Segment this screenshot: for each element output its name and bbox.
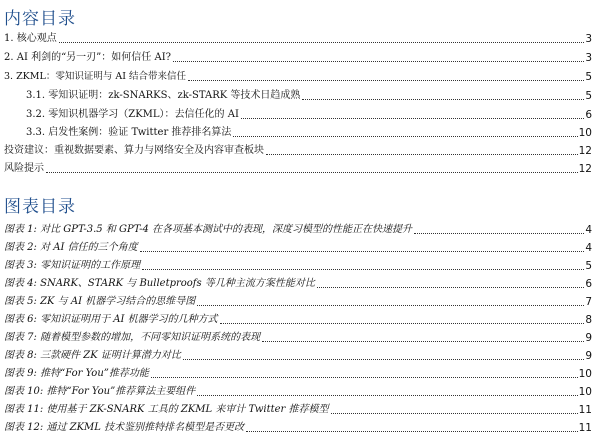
leader-dots xyxy=(197,304,584,306)
toc-entry-label: 3.1. 零知识证明：zk-SNARKS、zk-STARK 等技术日趋成熟 xyxy=(26,90,302,102)
leader-dots xyxy=(331,412,578,414)
toc-entry[interactable]: 投资建议：重视数据要素、算力与网络安全及内容审查板块 12 xyxy=(4,143,592,157)
leader-dots xyxy=(142,268,584,270)
figure-entry[interactable]: 图表 5: ZK 与 AI 机器学习结合的思维导图 7 xyxy=(4,294,592,308)
toc-entry-label: 3. ZKML：零知识证明与 AI 结合带来信任 xyxy=(4,71,188,83)
figure-entry[interactable]: 图表 9: 推特“For You”推荐功能 10 xyxy=(4,366,592,380)
leader-dots xyxy=(59,41,585,43)
toc-entry-page: 6 xyxy=(584,109,592,121)
figure-entry[interactable]: 图表 2: 对 AI 信任的三个角度 4 xyxy=(4,240,592,254)
leader-dots xyxy=(233,135,577,137)
leader-dots xyxy=(246,430,578,432)
figure-entry[interactable]: 图表 6: 零知识证明用于 AI 机器学习的几种方式 8 xyxy=(4,312,592,326)
figure-entry[interactable]: 图表 10: 推特“For You”推荐算法主要组件 10 xyxy=(4,384,592,398)
figure-entry-label: 图表 1: 对比 GPT-3.5 和 GPT-4 在各项基本测试中的表现，深度习… xyxy=(4,224,414,236)
leader-dots xyxy=(414,232,584,234)
leader-dots xyxy=(183,358,584,360)
leader-dots xyxy=(262,340,584,342)
figure-entry-page: 6 xyxy=(584,278,592,290)
toc-entry-label: 投资建议：重视数据要素、算力与网络安全及内容审查板块 xyxy=(4,145,266,157)
toc-entry-page: 5 xyxy=(584,90,592,102)
figure-entry[interactable]: 图表 1: 对比 GPT-3.5 和 GPT-4 在各项基本测试中的表现，深度习… xyxy=(4,222,592,236)
leader-dots xyxy=(302,98,584,100)
figure-entry-page: 9 xyxy=(584,350,592,362)
figure-entry[interactable]: 图表 3: 零知识证明的工作原理 5 xyxy=(4,258,592,272)
figure-entry-page: 4 xyxy=(584,242,592,254)
toc-entry-label: 2. AI 利剑的“另一刃”：如何信任 AI? xyxy=(4,52,173,64)
toc-entry[interactable]: 3.2. 零知识机器学习（ZKML）：去信任化的 AI 6 xyxy=(26,107,592,121)
figure-entry-page: 10 xyxy=(578,386,592,398)
figure-entry-page: 5 xyxy=(584,260,592,272)
figure-entry-label: 图表 8: 三款硬件 ZK 证明计算潜力对比 xyxy=(4,350,183,362)
figure-entry-label: 图表 2: 对 AI 信任的三个角度 xyxy=(4,242,140,254)
figure-entry[interactable]: 图表 7: 随着模型参数的增加，不同零知识证明系统的表现 9 xyxy=(4,330,592,344)
toc-entry-label: 3.2. 零知识机器学习（ZKML）：去信任化的 AI xyxy=(26,109,241,121)
leader-dots xyxy=(140,250,585,252)
leader-dots xyxy=(241,117,584,119)
figure-entry-label: 图表 5: ZK 与 AI 机器学习结合的思维导图 xyxy=(4,296,197,308)
figure-entry-page: 11 xyxy=(578,422,592,434)
figure-entry[interactable]: 图表 12: 通过 ZKML 技术鉴别推特排名模型是否更改 11 xyxy=(4,420,592,434)
toc-entry[interactable]: 风险提示 12 xyxy=(4,161,592,175)
figure-entry-label: 图表 12: 通过 ZKML 技术鉴别推特排名模型是否更改 xyxy=(4,422,246,434)
figure-entry-label: 图表 10: 推特“For You”推荐算法主要组件 xyxy=(4,386,197,398)
toc-entry-page: 3 xyxy=(584,33,592,45)
toc-entry[interactable]: 3.1. 零知识证明：zk-SNARKS、zk-STARK 等技术日趋成熟 5 xyxy=(26,88,592,102)
leader-dots xyxy=(151,376,578,378)
toc-entry[interactable]: 3.3. 启发性案例：验证 Twitter 推荐排名算法 10 xyxy=(26,125,592,139)
figure-entry[interactable]: 图表 8: 三款硬件 ZK 证明计算潜力对比 9 xyxy=(4,348,592,362)
toc-entry-page: 3 xyxy=(584,52,592,64)
toc-entry-page: 10 xyxy=(578,127,592,139)
figure-entry-label: 图表 11: 使用基于 ZK-SNARK 工具的 ZKML 来审计 Twitte… xyxy=(4,404,331,416)
figure-entry-page: 11 xyxy=(578,404,592,416)
contents-heading: 内容目录 xyxy=(4,4,76,29)
figure-entry-page: 4 xyxy=(584,224,592,236)
leader-dots xyxy=(317,286,584,288)
leader-dots xyxy=(197,394,577,396)
toc-entry[interactable]: 1. 核心观点 3 xyxy=(4,31,592,45)
toc-entry-label: 1. 核心观点 xyxy=(4,33,59,45)
toc-entry-page: 12 xyxy=(578,145,592,157)
leader-dots xyxy=(188,79,584,81)
toc-entry[interactable]: 2. AI 利剑的“另一刃”：如何信任 AI? 3 xyxy=(4,50,592,64)
figure-entry-label: 图表 6: 零知识证明用于 AI 机器学习的几种方式 xyxy=(4,314,220,326)
toc-entry-page: 5 xyxy=(584,71,592,83)
figures-heading: 图表目录 xyxy=(4,192,76,217)
figure-entry-label: 图表 9: 推特“For You”推荐功能 xyxy=(4,368,151,380)
figure-entry-label: 图表 7: 随着模型参数的增加，不同零知识证明系统的表现 xyxy=(4,332,262,344)
figure-entry-page: 8 xyxy=(584,314,592,326)
figure-entry[interactable]: 图表 4: SNARK、STARK 与 Bulletproofs 等几种主流方案… xyxy=(4,276,592,290)
leader-dots xyxy=(266,153,578,155)
toc-entry-label: 风险提示 xyxy=(4,163,46,175)
figure-entry-label: 图表 4: SNARK、STARK 与 Bulletproofs 等几种主流方案… xyxy=(4,278,317,290)
toc-entry[interactable]: 3. ZKML：零知识证明与 AI 结合带来信任 5 xyxy=(4,69,592,83)
leader-dots xyxy=(46,171,578,173)
figure-entry-page: 9 xyxy=(584,332,592,344)
figure-entry[interactable]: 图表 11: 使用基于 ZK-SNARK 工具的 ZKML 来审计 Twitte… xyxy=(4,402,592,416)
figure-entry-page: 10 xyxy=(578,368,592,380)
leader-dots xyxy=(220,322,585,324)
toc-entry-page: 12 xyxy=(578,163,592,175)
leader-dots xyxy=(173,60,584,62)
figure-entry-label: 图表 3: 零知识证明的工作原理 xyxy=(4,260,142,272)
figure-entry-page: 7 xyxy=(584,296,592,308)
toc-entry-label: 3.3. 启发性案例：验证 Twitter 推荐排名算法 xyxy=(26,127,233,139)
